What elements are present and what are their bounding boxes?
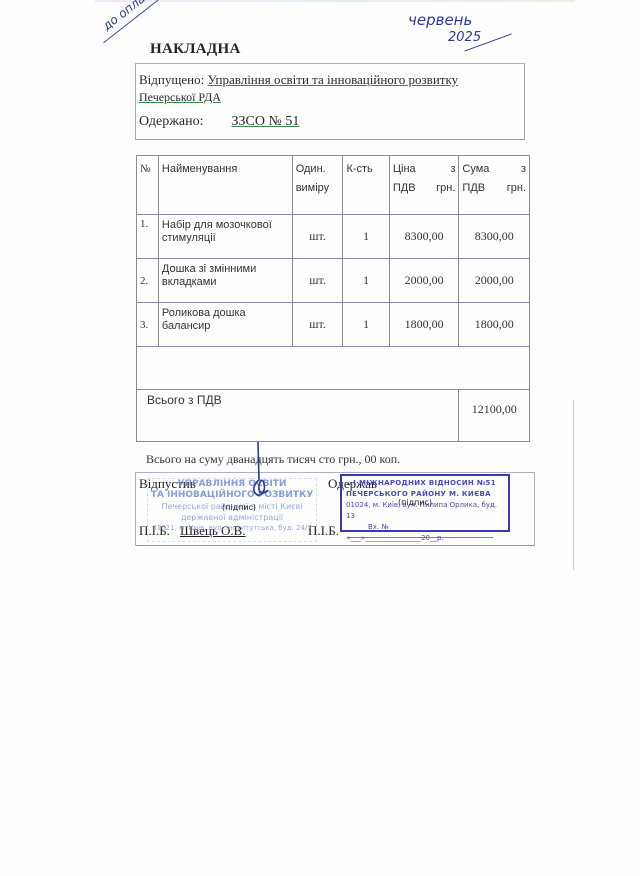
- released-value: Управління освіти та інноваційного розви…: [207, 72, 458, 87]
- empty-cell: [137, 347, 530, 390]
- received-line: Одержано:ЗЗСО № 51: [139, 114, 299, 130]
- table-row: 2. Дошка зі змінними вкладками шт. 1 200…: [137, 259, 530, 303]
- row-num: 3.: [137, 303, 159, 347]
- row-name: Роликова дошка балансир: [158, 303, 292, 347]
- row-name: Дошка зі змінними вкладками: [158, 259, 292, 303]
- received-label: Одержано:: [139, 114, 204, 129]
- document-title: НАКЛАДНА: [150, 41, 241, 58]
- row-num: 2.: [137, 259, 159, 303]
- hdr-text: з: [450, 160, 455, 179]
- row-price: 8300,00: [389, 215, 459, 259]
- col-sum-header: Сумаз ПДВгрн.: [459, 156, 530, 215]
- stamp-text: …І МІЖНАРОДНИХ ВІДНОСИН №51: [346, 478, 504, 489]
- stamp-date-line: «___»________________20__р.: [346, 533, 504, 544]
- row-sum: 8300,00: [459, 215, 530, 259]
- stamp-text: »: [361, 534, 365, 542]
- stamp-text: ТА ІННОВАЦІЙНОГО РОЗВИТКУ: [148, 490, 316, 501]
- table-header-row: № Найменування Один. виміру К-сть Ціназ …: [137, 156, 530, 215]
- col-unit-header-l1: Один.: [296, 160, 340, 179]
- col-unit-header-l2: виміру: [296, 179, 340, 198]
- stamp-text: 01021, м. Київ, вул. Інститутська, буд. …: [148, 523, 316, 534]
- handwritten-signature-icon: [250, 440, 272, 500]
- released-label: Відпущено:: [139, 72, 204, 87]
- row-unit: шт.: [292, 303, 343, 347]
- hdr-text: Ціна: [393, 160, 416, 179]
- scan-edge: [573, 400, 574, 570]
- row-qty: 1: [343, 259, 389, 303]
- stamp-text: 20: [421, 534, 430, 542]
- stamp-text: державної адміністрації: [148, 512, 316, 523]
- stamp-text: УПРАВЛІННЯ ОСВІТИ: [148, 479, 316, 490]
- row-price: 1800,00: [389, 303, 459, 347]
- stamp-incoming-line: Вх. №_______________________: [346, 522, 504, 533]
- stamp-text: р.: [437, 534, 444, 542]
- col-unit-header: Один. виміру: [292, 156, 343, 215]
- row-qty: 1: [343, 303, 389, 347]
- stamp-text: Вх. №: [368, 523, 389, 531]
- table-row: 3. Роликова дошка балансир шт. 1 1800,00…: [137, 303, 530, 347]
- hdr-text: грн.: [507, 179, 526, 198]
- row-sum: 2000,00: [459, 259, 530, 303]
- row-price: 2000,00: [389, 259, 459, 303]
- table-empty-row: [137, 347, 530, 390]
- col-price-header: Ціназ ПДВгрн.: [389, 156, 459, 215]
- released-line: Відпущено: Управління освіти та інноваці…: [139, 72, 458, 88]
- handwritten-month: червень: [408, 11, 472, 29]
- hdr-text: Сума: [462, 160, 489, 179]
- total-value: 12100,00: [459, 390, 530, 442]
- row-num: 1.: [137, 215, 159, 259]
- table-row: 1. Набір для мозочкової стимуляції шт. 1…: [137, 215, 530, 259]
- col-num-header: №: [137, 156, 159, 215]
- goods-table: № Найменування Один. виміру К-сть Ціназ …: [136, 155, 530, 442]
- table-total-row: Всього з ПДВ 12100,00: [137, 390, 530, 442]
- handwritten-note-right: червень 2025: [408, 12, 481, 46]
- scan-edge: [95, 0, 575, 2]
- handwritten-year: 2025: [408, 29, 481, 46]
- row-qty: 1: [343, 215, 389, 259]
- col-name-header: Найменування: [158, 156, 292, 215]
- hdr-text: ПДВ: [393, 179, 416, 198]
- total-label: Всього з ПДВ: [137, 390, 459, 442]
- col-qty-header: К-сть: [343, 156, 389, 215]
- received-value: ЗЗСО № 51: [204, 114, 300, 129]
- header-box: Відпущено: Управління освіти та інноваці…: [135, 63, 525, 140]
- stamp-text: «: [346, 534, 350, 542]
- row-name: Набір для мозочкової стимуляції: [158, 215, 292, 259]
- hdr-text: ПДВ: [462, 179, 485, 198]
- hdr-text: з: [521, 160, 526, 179]
- row-sum: 1800,00: [459, 303, 530, 347]
- amount-in-words: Всього на суму дванадцять тисяч сто грн.…: [146, 452, 400, 467]
- row-unit: шт.: [292, 215, 343, 259]
- released-value-line2: Печерської РДА: [139, 90, 221, 105]
- row-unit: шт.: [292, 259, 343, 303]
- hdr-text: грн.: [436, 179, 455, 198]
- signature-caption-left: (підпис): [222, 503, 256, 512]
- signature-caption-right: (підпис): [398, 498, 432, 507]
- handwritten-note-left: до оплати: [100, 0, 180, 33]
